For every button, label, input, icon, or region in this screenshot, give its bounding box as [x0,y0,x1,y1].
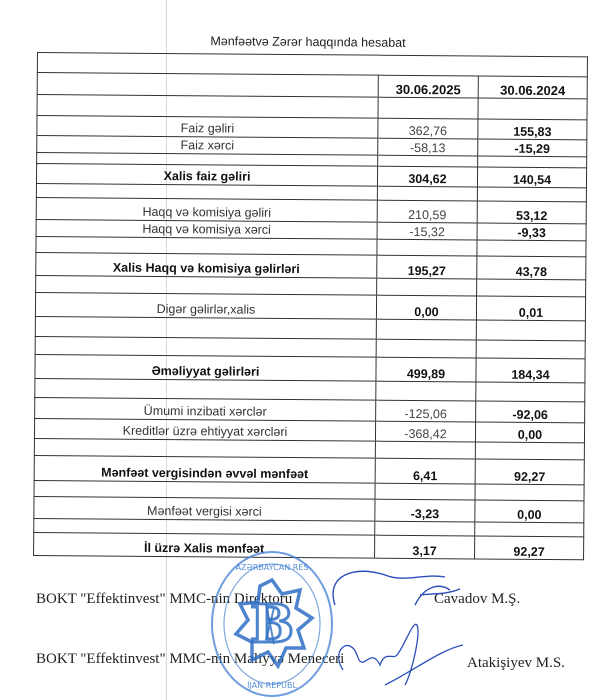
value-2025: 304,62 [377,166,477,187]
svg-text:AZƏRBAYCAN RES: AZƏRBAYCAN RES [236,563,309,572]
value-2025 [378,97,478,119]
value-2024 [476,382,585,402]
row-label: Mənfəət vergisi xərci [34,496,375,521]
value-2025: -125,06 [376,400,476,422]
row-label [35,316,376,339]
value-2025: 195,27 [377,255,477,279]
svg-text:B: B [250,594,294,655]
finance-manager-signature-icon [325,615,465,695]
row-label [37,95,378,119]
value-2024: -9,33 [477,223,586,241]
value-2024: -15,29 [478,139,587,157]
value-2025 [378,155,478,167]
value-2025: 0,00 [376,295,476,320]
value-2024: 140,54 [477,167,586,188]
row-label: Kreditlər üzrə ehtiyyat xərcləri [34,418,375,441]
value-2025: 6,41 [375,458,475,484]
value-2024: 184,34 [476,358,585,383]
value-2024: 0,00 [475,422,584,443]
value-2025: 362,76 [378,118,478,139]
row-label: Mənfəət vergisindən əvvəl mənfəət [34,455,375,483]
row-label: Ümumi inzibati xərclər [35,397,376,421]
income-statement-table: 30.06.2025 30.06.2024 Faiz gəliri362,761… [33,52,588,560]
value-2025 [375,441,475,459]
value-2025 [375,483,475,500]
value-2025 [376,381,476,401]
value-2025: -368,42 [375,421,475,442]
value-2024: 92,27 [475,459,584,485]
value-2025 [377,278,477,296]
report-title: Mənfəətvə Zərər haqqında hesabat [178,34,438,50]
value-2024: 43,78 [477,256,586,280]
value-2024 [476,340,585,359]
value-2025 [377,186,477,201]
value-2024 [478,156,587,168]
value-2024: 53,12 [477,201,586,224]
value-2024 [477,187,586,202]
value-2024 [475,442,584,460]
header-date-2025: 30.06.2025 [378,75,478,98]
row-label: Digər gəlirlər,xalis [35,292,376,319]
row-label: Xalis Haqq və komisiya gəlirləri [36,252,377,278]
row-label: Əməliyyat gəlirləri [35,354,376,381]
row-label: Faiz gəliri [37,116,378,139]
value-2024 [477,240,586,257]
value-2025 [377,239,477,256]
value-2024: 0,01 [476,296,585,321]
company-stamp-icon: B AZƏRBAYCAN RES İJAN REPUBL [208,548,336,700]
value-2025 [376,319,476,340]
value-2024 [478,98,587,120]
value-2025: 210,59 [377,200,477,223]
value-2024 [475,522,584,537]
value-2025 [376,339,476,358]
value-2024 [477,279,586,297]
value-2025: -58,13 [378,138,478,156]
header-date-2024: 30.06.2024 [478,76,587,99]
value-2025: -15,32 [377,222,477,240]
row-label: Xalis faiz gəliri [36,164,377,187]
value-2025: -3,23 [375,499,475,522]
value-2025 [375,521,475,536]
value-2024: 155,83 [478,119,587,140]
value-2024 [476,320,585,341]
svg-text:İJAN REPUBL: İJAN REPUBL [247,680,297,690]
value-2024: 0,00 [475,500,584,523]
row-label: Haqq və komisiya gəliri [36,197,377,222]
signature-name-finance-manager: Atakişiyev M.S. [467,655,565,672]
value-2024 [475,484,584,501]
value-2025: 499,89 [376,357,476,382]
value-2025: 3,17 [375,535,475,559]
value-2024: 92,27 [475,536,584,560]
value-2024: -92,06 [476,401,585,423]
header-label-cell [37,73,378,98]
